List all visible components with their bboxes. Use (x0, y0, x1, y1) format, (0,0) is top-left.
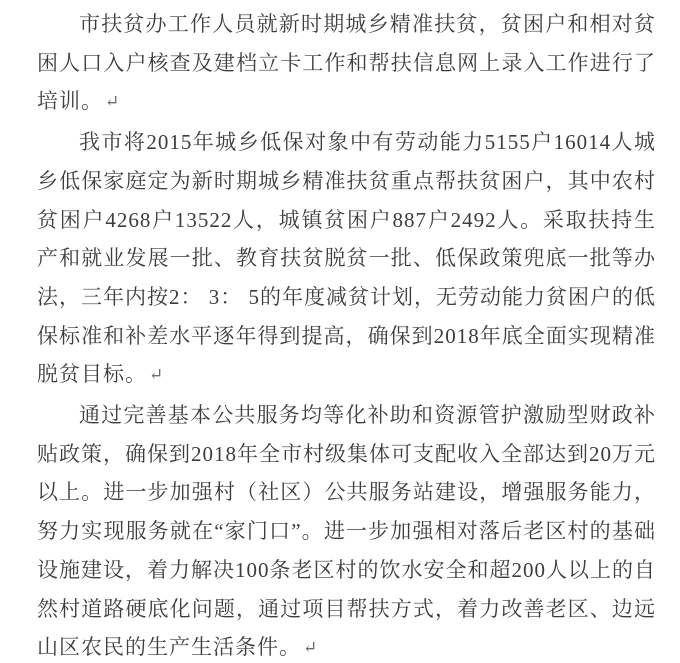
paragraph-text: 通过完善基本公共服务均等化补助和资源管护激励型财政补贴政策，确保到2018年全市… (37, 403, 656, 659)
paragraph-text: 市扶贫办工作人员就新时期城乡精准扶贫，贫困户和相对贫困人口入户核查及建档立卡工作… (37, 12, 656, 113)
paragraph: 我市将2015年城乡低保对象中有劳动能力5155户16014人城乡低保家庭定为新… (37, 123, 656, 396)
paragraph-return-mark-icon: ↵ (103, 83, 119, 122)
paragraph-return-mark-icon: ↵ (301, 629, 317, 663)
document-page: 市扶贫办工作人员就新时期城乡精准扶贫，贫困户和相对贫困人口入户核查及建档立卡工作… (0, 0, 680, 663)
paragraph: 市扶贫办工作人员就新时期城乡精准扶贫，贫困户和相对贫困人口入户核查及建档立卡工作… (37, 5, 656, 123)
paragraph-return-mark-icon: ↵ (147, 356, 163, 395)
paragraph-text: 我市将2015年城乡低保对象中有劳动能力5155户16014人城乡低保家庭定为新… (37, 130, 656, 386)
paragraph: 通过完善基本公共服务均等化补助和资源管护激励型财政补贴政策，确保到2018年全市… (37, 396, 656, 663)
